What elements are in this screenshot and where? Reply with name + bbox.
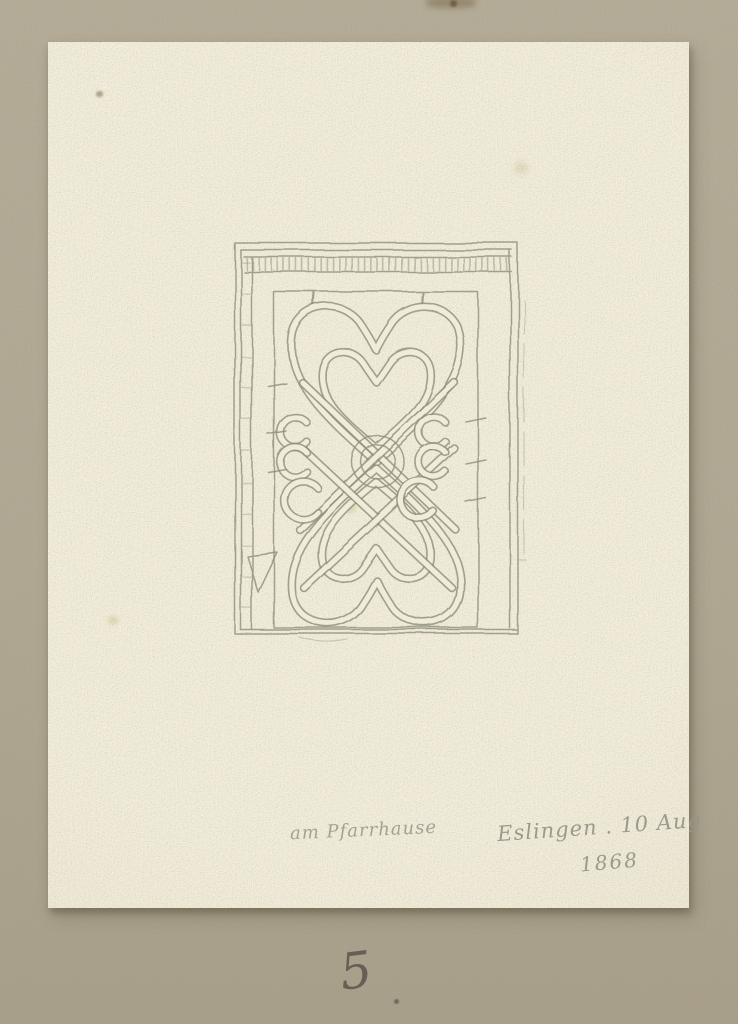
stain-spot <box>108 616 118 625</box>
mount-speck <box>450 0 457 7</box>
stain-spot <box>514 162 528 174</box>
stain-spot <box>96 91 103 97</box>
mounted-drawing-scan: am Pfarrhause Eslingen . 10 Aug 1868 5 <box>0 0 738 1024</box>
mount-dot <box>394 999 399 1004</box>
collection-number: 5 <box>337 940 376 1001</box>
caption-year: 1868 <box>579 847 640 876</box>
paper-sheet <box>48 42 689 908</box>
stain-spot <box>344 502 356 513</box>
